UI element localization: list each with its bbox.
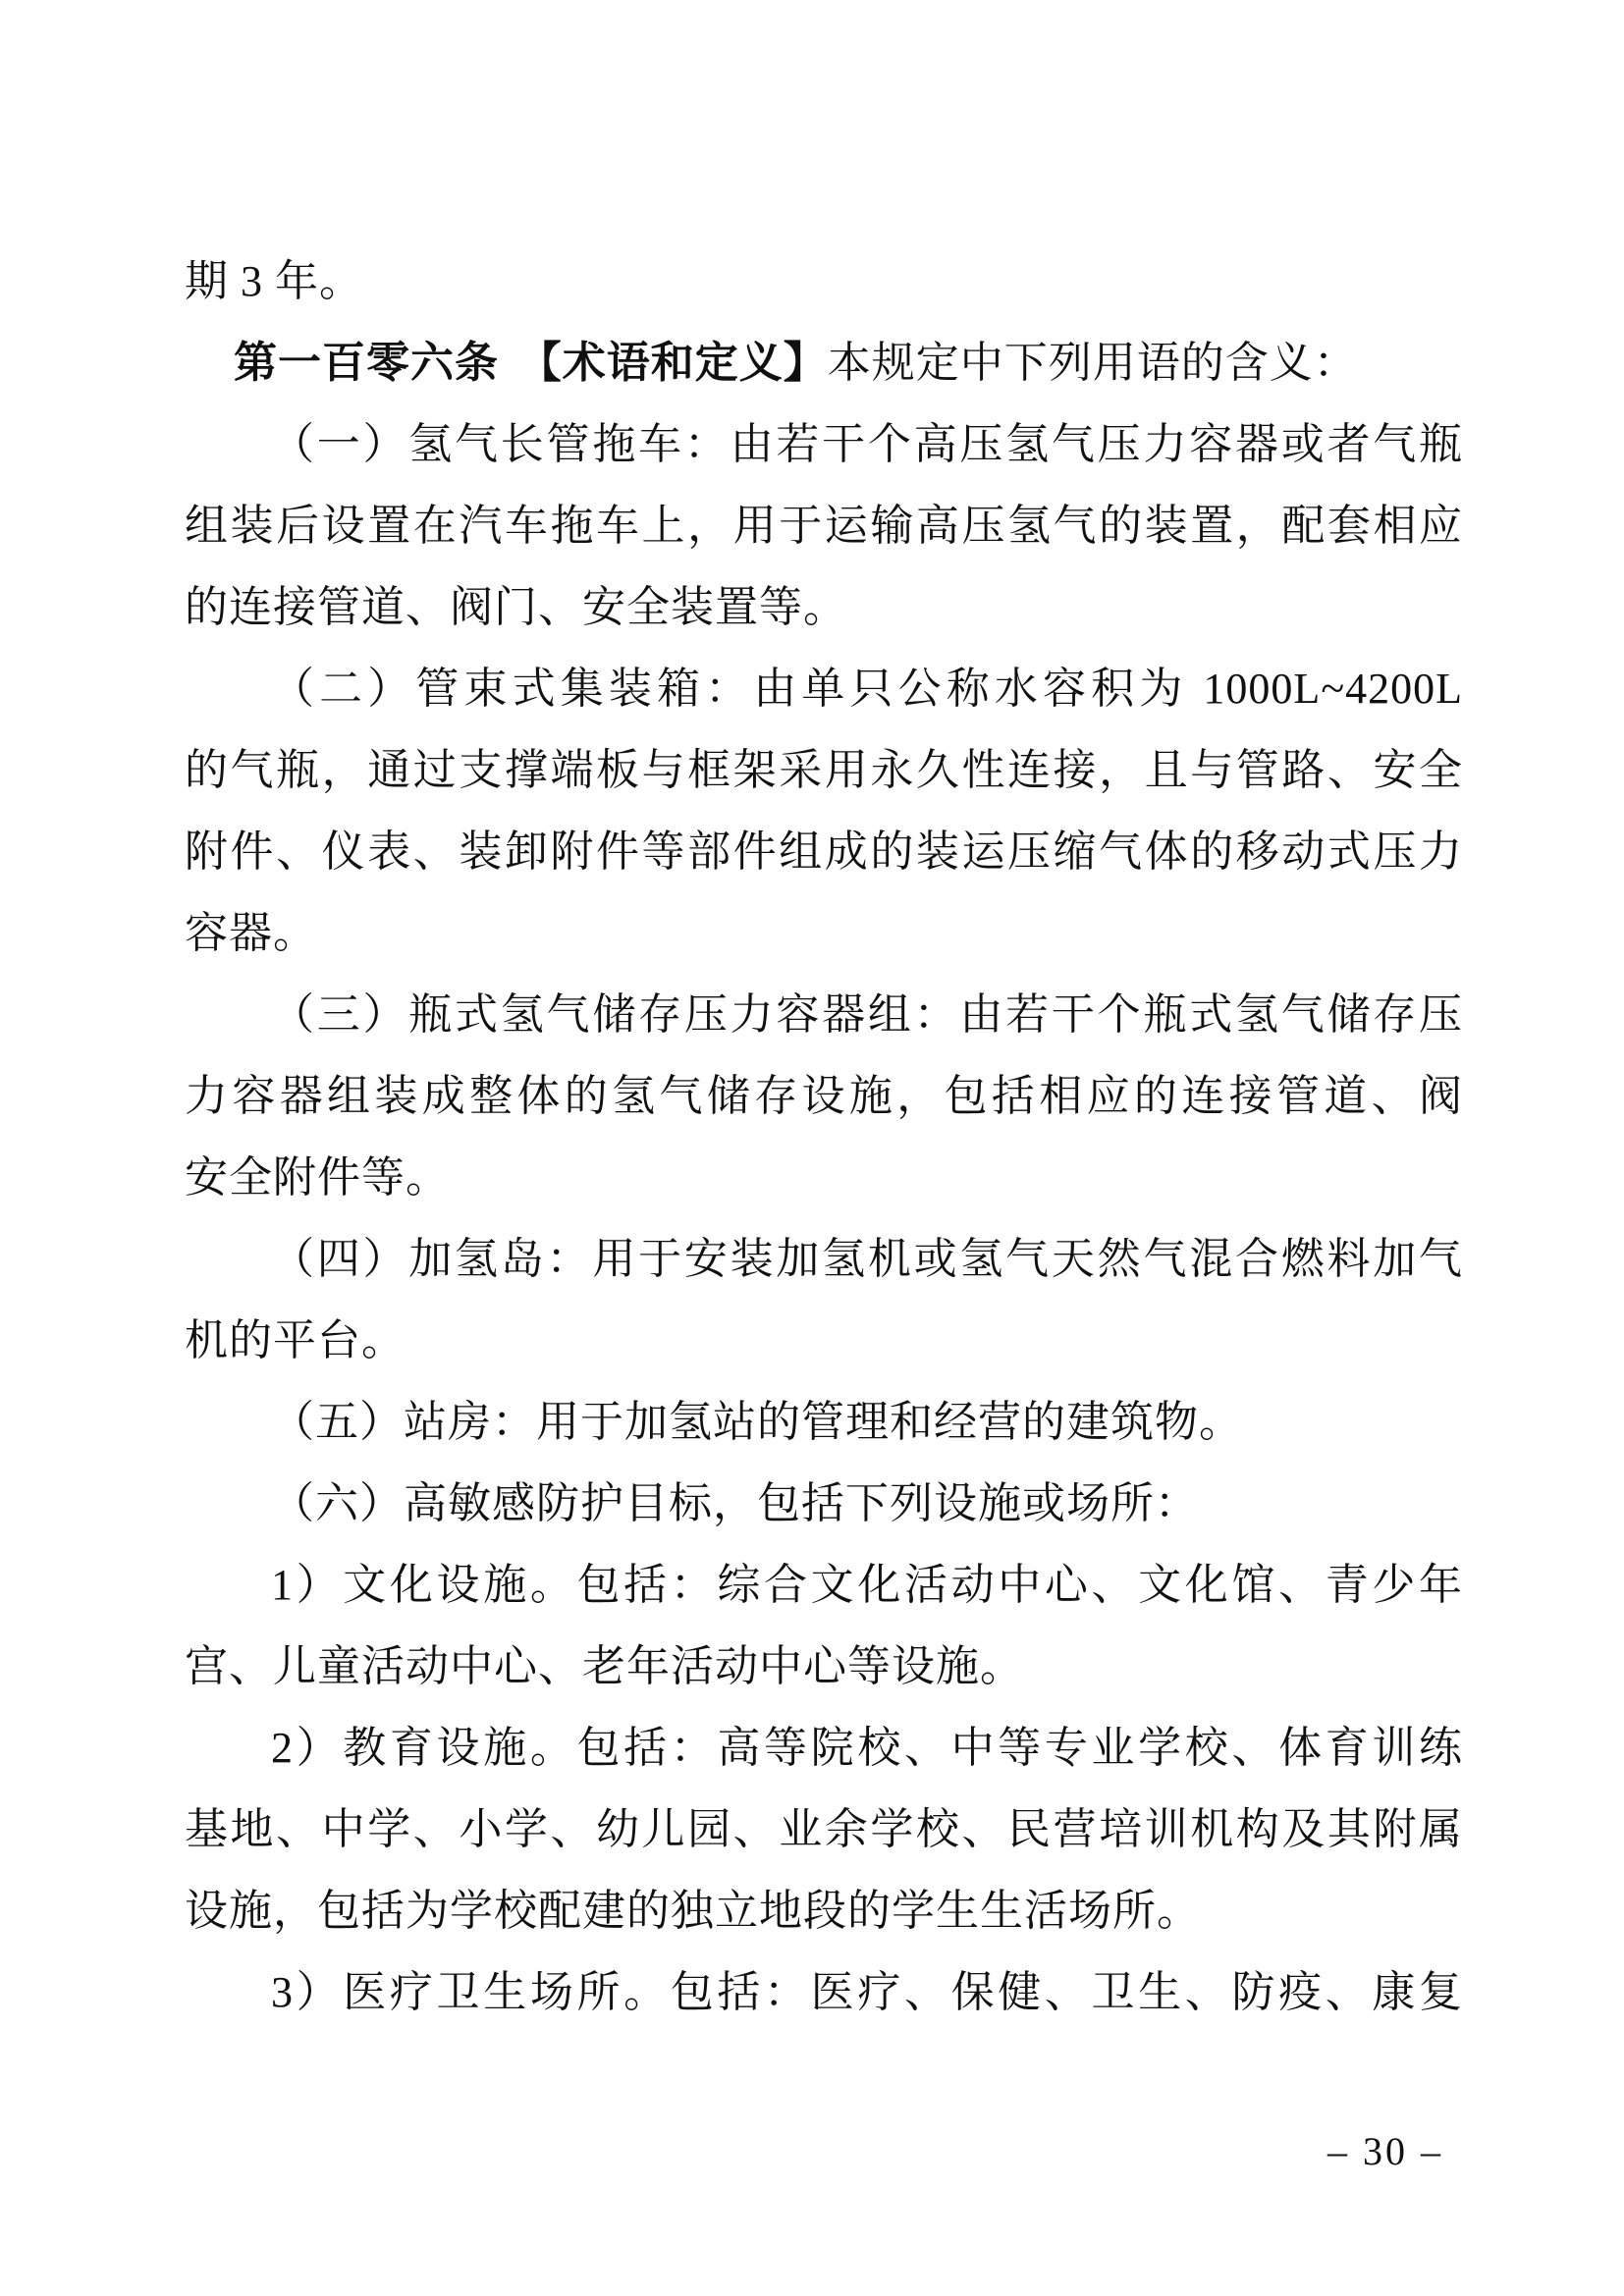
document-page: 期 3 年。第一百零六条【术语和定义】本规定中下列用语的含义：（一）氢气长管拖车… — [0, 0, 1624, 2296]
definition-6-item-3-line-1: 3）医疗卫生场所。包括：医疗、保健、卫生、防疫、康复 — [185, 1951, 1463, 2033]
definition-2-line-4: 容器。 — [185, 892, 1463, 974]
article-number: 第一百零六条 — [234, 339, 499, 387]
definition-3-line-3: 安全附件等。 — [185, 1137, 1463, 1218]
definition-3-line-2: 力容器组装成整体的氢气储存设施，包括相应的连接管道、阀门、 — [185, 1055, 1463, 1137]
definition-1-line-1: （一）氢气长管拖车：由若干个高压氢气压力容器或者气瓶 — [185, 403, 1463, 485]
definition-6-item-1-line-2: 宫、儿童活动中心、老年活动中心等设施。 — [185, 1626, 1463, 1707]
definition-6-item-1-line-1: 1）文化设施。包括：综合文化活动中心、文化馆、青少年 — [185, 1544, 1463, 1626]
definition-6-item-2-line-1: 2）教育设施。包括：高等院校、中等专业学校、体育训练 — [185, 1707, 1463, 1789]
definition-4-line-2: 机的平台。 — [185, 1300, 1463, 1381]
definition-6-item-2-line-3: 设施，包括为学校配建的独立地段的学生生活场所。 — [185, 1870, 1463, 1951]
page-number: – 30 – — [1327, 2128, 1443, 2174]
definition-1-line-2: 组装后设置在汽车拖车上，用于运输高压氢气的装置，配套相应 — [185, 485, 1463, 566]
definition-6-line-1: （六）高敏感防护目标，包括下列设施或场所： — [185, 1463, 1463, 1544]
article-heading: 第一百零六条【术语和定义】本规定中下列用语的含义： — [185, 322, 1463, 403]
definition-3-line-1: （三）瓶式氢气储存压力容器组：由若干个瓶式氢气储存压 — [185, 974, 1463, 1055]
definition-5-line-1: （五）站房：用于加氢站的管理和经营的建筑物。 — [185, 1381, 1463, 1463]
definition-2-line-2: 的气瓶，通过支撑端板与框架采用永久性连接，且与管路、安全 — [185, 729, 1463, 811]
document-body: 期 3 年。第一百零六条【术语和定义】本规定中下列用语的含义：（一）氢气长管拖车… — [185, 240, 1463, 2033]
definition-2-line-1: （二）管束式集装箱：由单只公称水容积为 1000L~4200L — [185, 648, 1463, 729]
article-bracket-title: 【术语和定义】 — [518, 339, 828, 387]
definition-6-item-2-line-2: 基地、中学、小学、幼儿园、业余学校、民营培训机构及其附属 — [185, 1789, 1463, 1870]
definition-2-line-3: 附件、仪表、装卸附件等部件组成的装运压缩气体的移动式压力 — [185, 811, 1463, 892]
definition-4-line-1: （四）加氢岛：用于安装加氢机或氢气天然气混合燃料加气 — [185, 1218, 1463, 1300]
article-lead-text: 本规定中下列用语的含义： — [828, 339, 1358, 387]
clause-continuation-line: 期 3 年。 — [185, 240, 1463, 322]
definition-1-line-3: 的连接管道、阀门、安全装置等。 — [185, 566, 1463, 648]
